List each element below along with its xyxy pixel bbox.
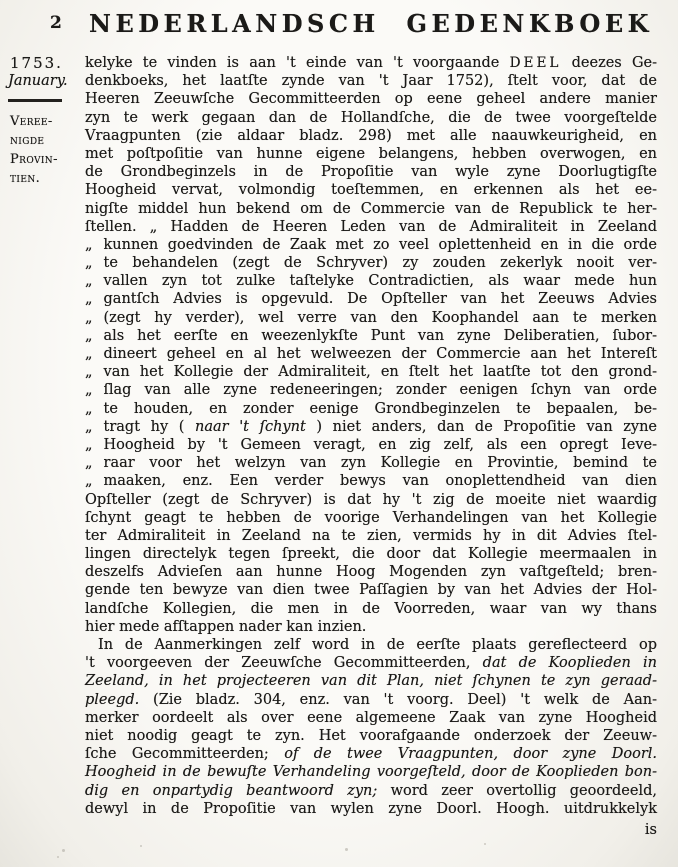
- scan-speck: [345, 848, 348, 851]
- text-line: „te behandelen (zegt de Schryver) zy zou…: [85, 254, 657, 272]
- text-line: Zeeland, in het projecteeren van dit Pla…: [85, 672, 657, 690]
- quote-mark: „: [85, 346, 104, 362]
- text-line: gende ten bewyze van dien twee Paſſagien…: [85, 581, 657, 599]
- text-line: „van het Kollegie der Admiraliteit, en ſ…: [85, 363, 657, 381]
- margin-province-line: Provin-: [10, 150, 58, 169]
- text-line: zyn te werk gegaan dan de Hollandſche, d…: [85, 109, 657, 127]
- roman-text: gende ten bewyze van dien twee Paſſagien…: [85, 582, 657, 598]
- quote-mark: „: [85, 473, 104, 489]
- text-line: niet noodig geagt te zyn. Het voorafgaan…: [85, 727, 657, 745]
- text-line: dig en onpartydig beantwoord zyn; word z…: [85, 782, 657, 800]
- quote-mark: „: [85, 455, 104, 471]
- roman-text: dineert geheel en al het welweezen der C…: [104, 346, 657, 362]
- text-line: Vraagpunten (zie aldaar bladz. 298) met …: [85, 127, 657, 145]
- roman-text: te behandelen (zegt de Schryver) zy zoud…: [104, 255, 657, 271]
- roman-text: tragt hy (: [104, 419, 196, 435]
- quote-mark: „: [85, 291, 104, 307]
- text-line: ter Admiraliteit in Zeeland na te zien, …: [85, 527, 657, 545]
- text-line: „gantſch Advies is opgevuld. De Opſtelle…: [85, 290, 657, 308]
- roman-text: zyn te werk gegaan dan de Hollandſche, d…: [85, 110, 657, 126]
- roman-text: Vraagpunten (zie aldaar bladz. 298) met …: [85, 128, 657, 144]
- quote-mark: „: [85, 273, 104, 289]
- text-line: „(zegt hy verder), wel verre van den Koo…: [85, 309, 657, 327]
- quote-mark: „: [85, 328, 104, 344]
- text-line: „raar voor het welzyn van zyn Kollegie e…: [85, 454, 657, 472]
- roman-text: ter Admiraliteit in Zeeland na te zien, …: [85, 528, 657, 544]
- scan-speck: [140, 845, 142, 847]
- body-column: kelyke te vinden is aan 't einde van 't …: [85, 54, 657, 839]
- roman-text: Opſteller (zegt de Schryver) is dat hy '…: [85, 492, 657, 508]
- quote-mark: „: [85, 237, 104, 253]
- roman-text: maaken, enz. Een verder bewys van onople…: [104, 473, 657, 489]
- roman-text: ſche Gecommitteerden;: [85, 746, 284, 762]
- roman-text: ſchynt geagt te hebben de voorige Verhan…: [85, 510, 657, 526]
- margin-province-line: Veree-: [10, 112, 58, 131]
- roman-text: als het eerſte en weezenlykſte Punt van …: [104, 328, 657, 344]
- roman-text: In de Aanmerkingen zelf word in de eerſt…: [98, 637, 657, 653]
- roman-text: nigſte middel hun bekend om de Commercie…: [85, 201, 657, 217]
- text-line: „kunnen goedvinden de Zaak met zo veel o…: [85, 236, 657, 254]
- roman-text: (Zie bladz. 304, enz. van 't voorg. Deel…: [139, 692, 657, 708]
- text-line: „tragt hy ( naar 't ſchynt ) niet anders…: [85, 418, 657, 436]
- roman-text: (zegt hy verder), wel verre van den Koop…: [104, 310, 657, 326]
- roman-text: Hoogheid by 't Gemeen veragt, en zig zel…: [104, 437, 657, 453]
- roman-text: niet noodig geagt te zyn. Het voorafgaan…: [85, 728, 657, 744]
- text-line: Heeren Zeeuwſche Gecommitteerden op eene…: [85, 90, 657, 108]
- roman-text: merker oordeelt als over eene algemeene …: [85, 710, 657, 726]
- catchword: is: [85, 821, 657, 839]
- text-line: met poſtpoſitie van hunne eigene belange…: [85, 145, 657, 163]
- italic-text: pleegd.: [85, 692, 139, 708]
- text-line: hier mede afſtappen nader kan inzien.: [85, 618, 657, 636]
- quote-mark: „: [85, 310, 104, 326]
- roman-text: hier mede afſtappen nader kan inzien.: [85, 619, 366, 635]
- margin-year: 1753.: [10, 54, 63, 72]
- roman-text: deszelfs Advieſen aan hunne Hoog Mogende…: [85, 564, 657, 580]
- roman-text: ſtellen. „ Hadden de Heeren Leden van de…: [85, 219, 657, 235]
- text-line: landſche Kollegien, die men in de Voorre…: [85, 600, 657, 618]
- text-line: ſche Gecommitteerden; of de twee Vraagpu…: [85, 745, 657, 763]
- scan-speck: [57, 856, 59, 858]
- text-line: ſchynt geagt te hebben de voorige Verhan…: [85, 509, 657, 527]
- text-line: Hoogheid vervat, volmondig toeſtemmen, e…: [85, 181, 657, 199]
- margin-month: January.: [8, 73, 68, 89]
- italic-text: Hoogheid in de bewuſte Verhandeling voor…: [85, 764, 657, 780]
- text-line: nigſte middel hun bekend om de Commercie…: [85, 200, 657, 218]
- margin-province: Veree- nigde Provin- tien.: [10, 112, 58, 188]
- quote-mark: „: [85, 401, 104, 417]
- roman-text: met poſtpoſitie van hunne eigene belange…: [85, 146, 657, 162]
- quote-mark: „: [85, 364, 104, 380]
- roman-text: te houden, en zonder eenige Grondbeginze…: [104, 401, 657, 417]
- italic-text: dig en onpartydig beantwoord zyn;: [85, 783, 377, 799]
- page-number: 2: [50, 13, 62, 33]
- roman-text: gantſch Advies is opgevuld. De Opſteller…: [104, 291, 657, 307]
- margin-rule: [8, 99, 62, 102]
- text-line: Opſteller (zegt de Schryver) is dat hy '…: [85, 491, 657, 509]
- roman-text: word zeer overtollig geoordeeld,: [377, 783, 657, 799]
- quote-mark: „: [85, 382, 104, 398]
- text-line: „dineert geheel en al het welweezen der …: [85, 345, 657, 363]
- quote-mark: „: [85, 255, 104, 271]
- roman-text: Heeren Zeeuwſche Gecommitteerden op eene…: [85, 91, 657, 107]
- text-line: dewyl in de Propoſitie van wylen zyne Do…: [85, 800, 657, 818]
- italic-text: of de twee Vraagpunten, door zyne Doorl.: [284, 746, 657, 762]
- text-line: Hoogheid in de bewuſte Verhandeling voor…: [85, 763, 657, 781]
- text-line: „te houden, en zonder eenige Grondbeginz…: [85, 400, 657, 418]
- quote-mark: „: [85, 437, 104, 453]
- roman-text: 't voorgeeven der Zeeuwſche Gecommitteer…: [85, 655, 483, 671]
- text-line: 't voorgeeven der Zeeuwſche Gecommitteer…: [85, 654, 657, 672]
- roman-text: ) niet anders, dan de Propoſitie van zyn…: [306, 419, 657, 435]
- text-line: de Grondbeginzels in de Propoſitie van w…: [85, 163, 657, 181]
- text-line: deszelfs Advieſen aan hunne Hoog Mogende…: [85, 563, 657, 581]
- text-line: denkboeks, het laatſte zynde van 't Jaar…: [85, 72, 657, 90]
- text-line: pleegd. (Zie bladz. 304, enz. van 't voo…: [85, 691, 657, 709]
- roman-text: lingen directelyk tegen ſpreekt, die doo…: [85, 546, 657, 562]
- text-line: „maaken, enz. Een verder bewys van onopl…: [85, 472, 657, 490]
- text-line: ſtellen. „ Hadden de Heeren Leden van de…: [85, 218, 657, 236]
- italic-text: naar 't ſchynt: [195, 419, 306, 435]
- book-page: 2 NEDERLANDSCH GEDENKBOEK 1753. January.…: [0, 0, 678, 867]
- page-title: NEDERLANDSCH GEDENKBOEK: [85, 9, 657, 38]
- roman-text: raar voor het welzyn van zyn Kollegie en…: [104, 455, 657, 471]
- scan-speck: [62, 849, 65, 852]
- text-line: „als het eerſte en weezenlykſte Punt van…: [85, 327, 657, 345]
- text-line: lingen directelyk tegen ſpreekt, die doo…: [85, 545, 657, 563]
- text-line: kelyke te vinden is aan 't einde van 't …: [85, 54, 657, 72]
- body-text: kelyke te vinden is aan 't einde van 't …: [85, 54, 657, 818]
- margin-province-line: tien.: [10, 169, 58, 188]
- roman-text: van het Kollegie der Admiraliteit, en ſt…: [104, 364, 657, 380]
- roman-text: kelyke te vinden is aan 't einde van 't …: [85, 55, 510, 71]
- roman-text: ſlag van alle zyne redeneeringen; zonder…: [104, 382, 657, 398]
- text-line: „ſlag van alle zyne redeneeringen; zonde…: [85, 381, 657, 399]
- italic-text: Zeeland, in het projecteeren van dit Pla…: [85, 673, 657, 689]
- spaced-caps-text: DEEL: [510, 55, 562, 71]
- roman-text: deezes Ge-: [561, 55, 657, 71]
- italic-text: dat de Kooplieden in: [483, 655, 657, 671]
- roman-text: landſche Kollegien, die men in de Voorre…: [85, 601, 657, 617]
- roman-text: de Grondbeginzels in de Propoſitie van w…: [85, 164, 657, 180]
- text-line: merker oordeelt als over eene algemeene …: [85, 709, 657, 727]
- roman-text: dewyl in de Propoſitie van wylen zyne Do…: [85, 801, 657, 817]
- roman-text: vallen zyn tot zulke taſtelyke Contradic…: [104, 273, 657, 289]
- roman-text: kunnen goedvinden de Zaak met zo veel op…: [104, 237, 657, 253]
- text-line: „Hoogheid by 't Gemeen veragt, en zig ze…: [85, 436, 657, 454]
- text-line: „vallen zyn tot zulke taſtelyke Contradi…: [85, 272, 657, 290]
- roman-text: denkboeks, het laatſte zynde van 't Jaar…: [85, 73, 657, 89]
- scan-speck: [484, 843, 486, 845]
- margin-province-line: nigde: [10, 131, 58, 150]
- quote-mark: „: [85, 419, 104, 435]
- text-line: In de Aanmerkingen zelf word in de eerſt…: [85, 636, 657, 654]
- roman-text: Hoogheid vervat, volmondig toeſtemmen, e…: [85, 182, 657, 198]
